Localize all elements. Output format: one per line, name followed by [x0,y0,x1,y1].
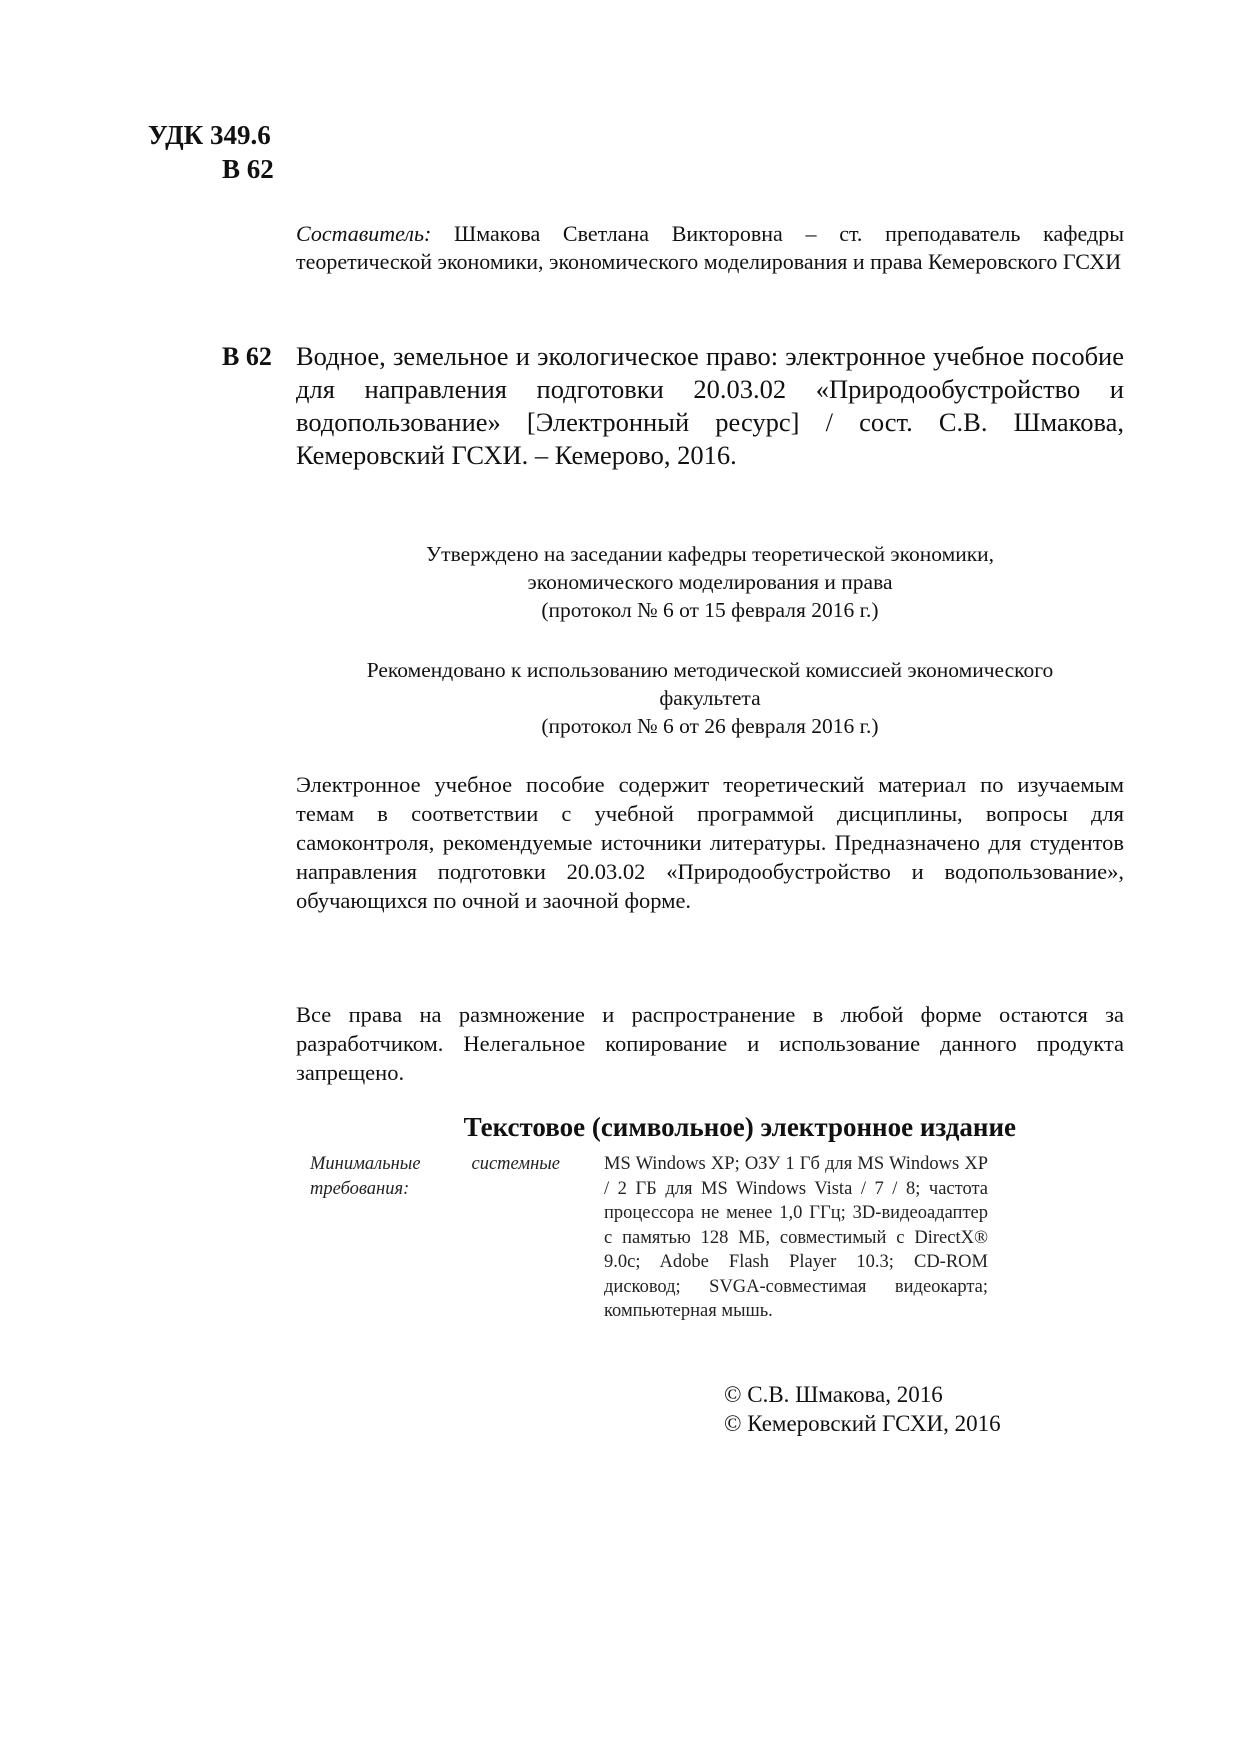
approval-statement: Утверждено на заседании кафедры теоретич… [296,540,1124,624]
requirements-label: Минимальные системные требования: [310,1152,560,1201]
recommendation-statement: Рекомендовано к использованию методическ… [296,656,1124,740]
copyright-line: © С.В. Шмакова, 2016 [724,1380,1001,1409]
compiler-label: Составитель: [296,221,431,246]
udk-code: УДК 349.6 [148,120,271,150]
requirements-text: MS Windows XP; ОЗУ 1 Гб для MS Windows X… [604,1152,988,1324]
recommendation-line: Рекомендовано к использованию методическ… [296,656,1124,684]
compiler-info: Составитель: Шмакова Светлана Викторовна… [296,220,1124,276]
approval-line: Утверждено на заседании кафедры теоретич… [296,540,1124,568]
approval-line: экономического моделирования и права [296,568,1124,596]
rights-notice: Все права на размножение и распространен… [296,1000,1124,1087]
bibliographic-code: В 62 [222,340,272,373]
recommendation-line: факультета [296,684,1124,712]
author-mark: В 62 [148,152,274,186]
recommendation-line: (протокол № 6 от 26 февраля 2016 г.) [296,712,1124,740]
edition-title: Текстовое (символьное) электронное издан… [296,1110,1124,1144]
copyright-block: © С.В. Шмакова, 2016 © Кемеровский ГСХИ,… [724,1380,1001,1438]
udk-block: УДК 349.6 В 62 [148,118,274,186]
approval-line: (протокол № 6 от 15 февраля 2016 г.) [296,596,1124,624]
description-paragraph: Электронное учебное пособие содержит тео… [296,770,1124,915]
bibliographic-record: Водное, земельное и экологическое право:… [296,340,1124,472]
copyright-line: © Кемеровский ГСХИ, 2016 [724,1409,1001,1438]
